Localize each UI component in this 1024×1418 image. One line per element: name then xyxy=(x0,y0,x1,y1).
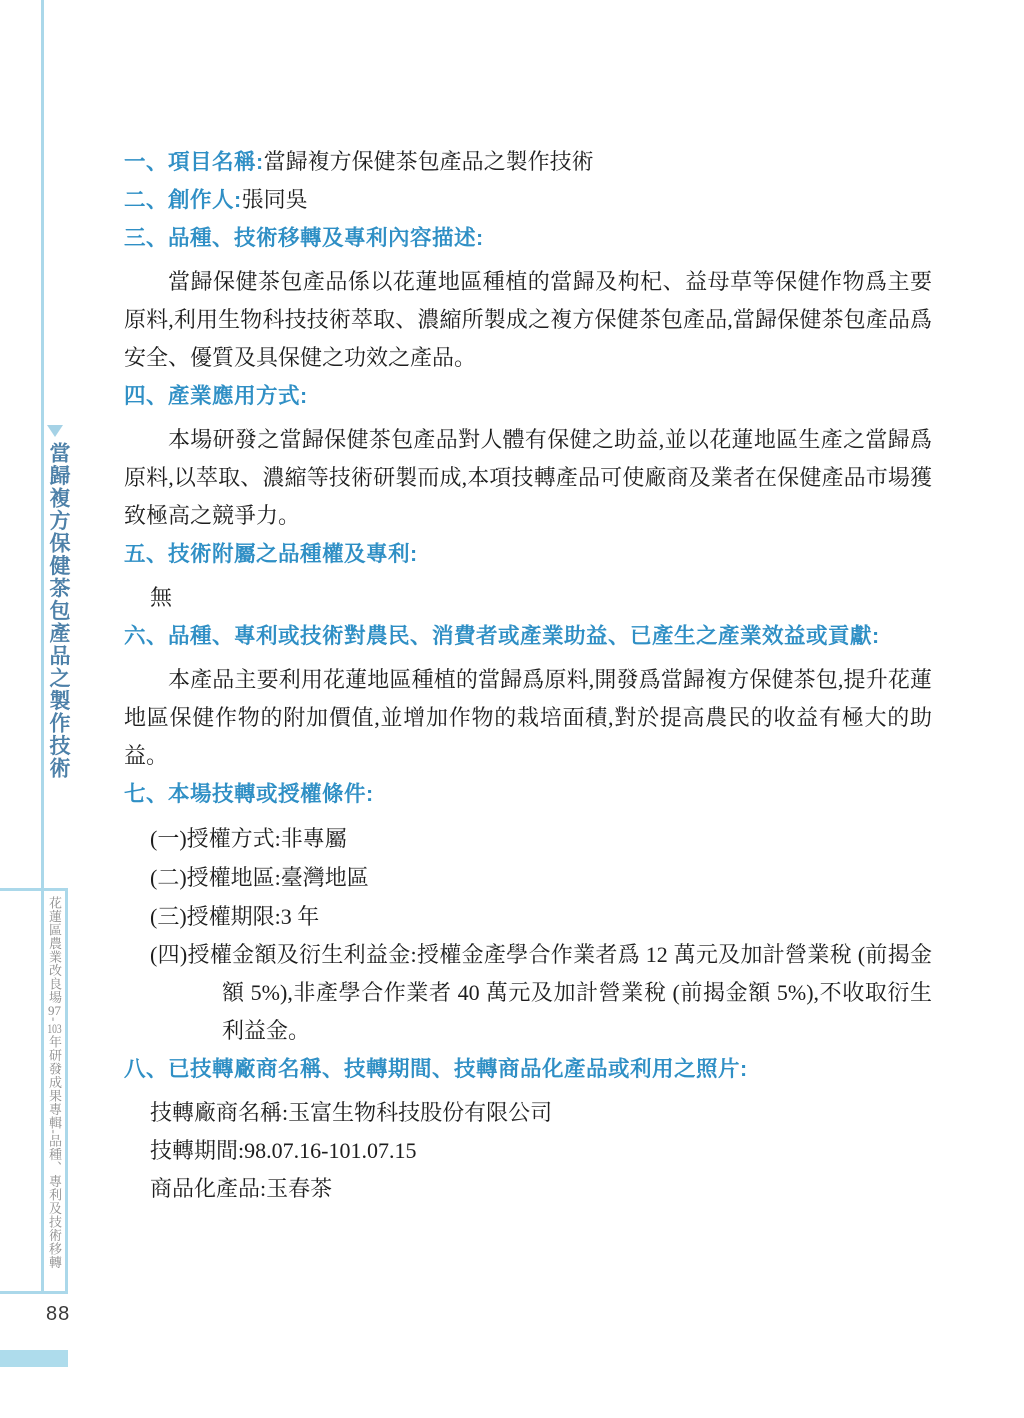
license-item-method: (一)授權方式:非專屬 xyxy=(150,819,932,858)
creator-value: 張同吳 xyxy=(242,187,308,212)
page-number: 88 xyxy=(46,1303,70,1326)
item-name-value: 當歸複方保健茶包產品之製作技術 xyxy=(264,149,594,174)
section-heading-creator: 二、創作人:張同吳 xyxy=(124,187,932,213)
sidebar-chapter-title: 當歸複方保健茶包產品之製作技術 xyxy=(44,442,74,780)
section-heading-variety-rights-patents: 五、技術附屬之品種權及專利: xyxy=(124,541,932,567)
series-year-end: 103 xyxy=(47,1022,62,1035)
industry-application-paragraph: 本場研發之當歸保健茶包產品對人體有保健之助益,並以花蓮地區生產之當歸爲原料,以萃… xyxy=(124,421,932,535)
section-heading-industry-application: 四、產業應用方式: xyxy=(124,383,932,409)
series-title-suffix: 年研發成果專輯-品種、專利及技術移轉 xyxy=(47,1035,62,1269)
series-title-text: 花蓮區農業改良場97-103年研發成果專輯-品種、專利及技術移轉 xyxy=(45,891,64,1291)
series-title-box: 花蓮區農業改良場97-103年研發成果專輯-品種、專利及技術移轉 xyxy=(41,888,68,1294)
transfer-period-line: 技轉期間:98.07.16-101.07.15 xyxy=(150,1132,932,1170)
section-heading-benefits: 六、品種、專利或技術對農民、消費者或產業助益、已產生之產業效益或貢獻: xyxy=(124,623,932,649)
heading-label: 一、項目名稱: xyxy=(124,150,264,174)
section-heading-item-name: 一、項目名稱:當歸複方保健茶包產品之製作技術 xyxy=(124,149,932,175)
triangle-down-icon xyxy=(47,425,63,437)
variety-rights-value: 無 xyxy=(150,579,932,617)
commercial-product-line: 商品化產品:玉春茶 xyxy=(150,1170,932,1208)
license-item-fees: (四)授權金額及衍生利益金:授權金產學合作業者爲 12 萬元及加計營業稅 (前揭… xyxy=(222,936,932,1050)
description-paragraph: 當歸保健茶包產品係以花蓮地區種植的當歸及枸杞、益母草等保健作物爲主要原料,利用生… xyxy=(124,263,932,377)
main-content: 一、項目名稱:當歸複方保健茶包產品之製作技術 二、創作人:張同吳 三、品種、技術… xyxy=(124,143,932,1208)
benefits-paragraph: 本產品主要利用花蓮地區種植的當歸爲原料,開發爲當歸複方保健茶包,提升花蓮地區保健… xyxy=(124,661,932,775)
document-page: 當歸複方保健茶包產品之製作技術 花蓮區農業改良場97-103年研發成果專輯-品種… xyxy=(0,0,1024,1418)
footer-accent-bar xyxy=(0,1350,68,1367)
series-title-prefix: 花蓮區農業改良場 xyxy=(47,896,62,1004)
series-year-start: 97 xyxy=(47,1004,62,1017)
transfer-company-line: 技轉廠商名稱:玉富生物科技股份有限公司 xyxy=(150,1094,932,1132)
series-box-bottom-tick xyxy=(0,1291,44,1294)
series-box-top-tick xyxy=(0,888,44,891)
license-item-duration: (三)授權期限:3 年 xyxy=(150,897,932,936)
section-heading-transferred-company: 八、已技轉廠商名稱、技轉期間、技轉商品化產品或利用之照片: xyxy=(124,1056,932,1082)
section-heading-license-terms: 七、本場技轉或授權條件: xyxy=(124,781,932,807)
heading-label: 二、創作人: xyxy=(124,188,242,212)
section-heading-description: 三、品種、技術移轉及專利內容描述: xyxy=(124,225,932,251)
license-item-region: (二)授權地區:臺灣地區 xyxy=(150,858,932,897)
